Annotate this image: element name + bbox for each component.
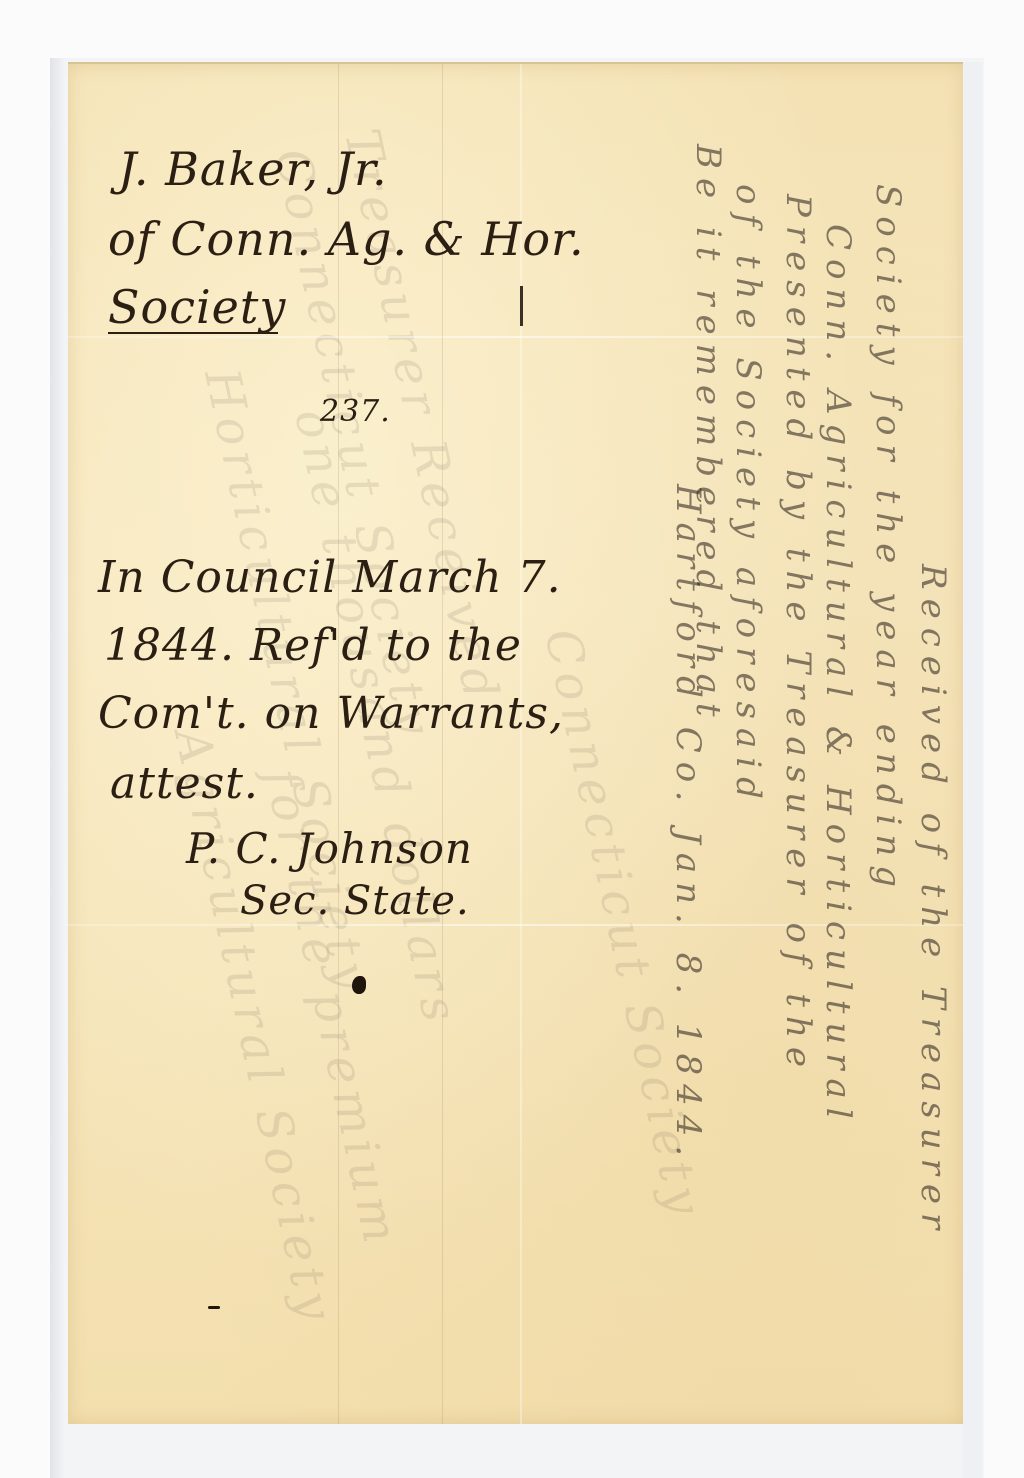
ink-blot <box>352 976 366 994</box>
pencil-mark <box>520 286 523 326</box>
docket-underline <box>108 332 278 334</box>
rotated-text-column: Presented by the Treasurer of the <box>778 194 818 1076</box>
signature-title: Sec. State. <box>240 878 470 924</box>
rotated-text-column: Hartford Co. Jan. 8. 1844. <box>668 484 708 1165</box>
docket-society-line: of Conn. Ag. & Hor. <box>108 212 585 266</box>
ruled-line-vertical <box>442 64 443 1424</box>
rotated-text-column: Received of the Treasurer <box>913 564 953 1238</box>
rotated-text-column: of the Society aforesaid <box>728 184 768 808</box>
mount-edge-left <box>50 58 66 1478</box>
manuscript-page: Connecticut Society Treasurer Received H… <box>68 62 963 1424</box>
endorsement-line: In Council March 7. <box>98 552 562 603</box>
mount-edge-right <box>963 62 982 1478</box>
ruled-line-vertical <box>338 64 339 1424</box>
fold-line-vertical <box>520 64 522 1424</box>
docket-society-line-2: Society <box>108 280 286 334</box>
rotated-text-column: Conn. Agricultural & Horticultural <box>818 224 858 1128</box>
endorsement-attest: attest. <box>110 758 259 809</box>
docket-name-line: J. Baker, Jr. <box>118 142 388 196</box>
rotated-text-column: Society for the year ending <box>868 184 908 896</box>
endorsement-line: Com't. on Warrants, <box>98 688 564 739</box>
docket-number: 237. <box>320 394 391 429</box>
endorsement-line: 1844. Ref'd to the <box>104 620 522 671</box>
signature: P. C. Johnson <box>186 824 473 873</box>
ink-dash <box>208 1306 220 1309</box>
